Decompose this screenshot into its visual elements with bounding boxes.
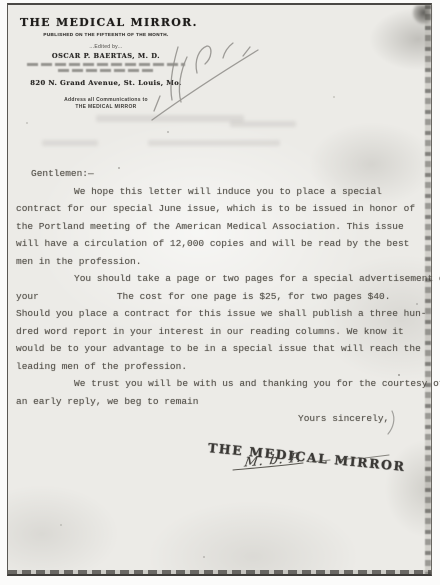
letter-line: the Portland meeting of the American Med… xyxy=(16,218,430,236)
letterhead-title: THE MEDICAL MIRROR. xyxy=(20,16,192,29)
letterhead-fine-print-line1 xyxy=(27,63,185,67)
letter-line: leading men of the profession. xyxy=(16,358,430,376)
letter-line: You should take a page or two pages for … xyxy=(16,270,430,288)
salutation: Gentlemen:— xyxy=(16,165,430,183)
scanned-letter-page: THE MEDICAL MIRROR. PUBLISHED ON THE FIF… xyxy=(7,3,432,576)
letter-line: would be to your advantage to be in a sp… xyxy=(16,340,430,358)
faded-text-smudge xyxy=(230,121,296,127)
medical-mirror-stamp: THE MEDICAL MIRROR xyxy=(207,440,406,474)
letter-line: Should you place a contract for this iss… xyxy=(16,305,430,323)
scanned-letter-screenshot: { "colors": { "page_bg": "#ecebe7", "typ… xyxy=(0,0,440,585)
letter-body: Gentlemen:— We hope this letter will ind… xyxy=(16,165,430,428)
closing: Yours sincerely, xyxy=(16,410,430,428)
letter-line: men in the profession. xyxy=(16,253,430,271)
letterhead-edited-by: ...Edited by... xyxy=(20,44,192,50)
letter-word-your: your xyxy=(16,291,39,302)
communications-line1: Address all Communications to xyxy=(20,97,192,104)
communications-line2: THE MEDICAL MIRROR xyxy=(20,104,192,111)
faded-text-smudge xyxy=(96,115,244,122)
scan-noise-specks xyxy=(0,0,2,2)
letterhead-subtitle: PUBLISHED ON THE FIFTEENTH OF THE MONTH. xyxy=(20,32,192,37)
letter-line: We trust you will be with us and thankin… xyxy=(16,375,430,393)
letter-line: dred word report in your interest in our… xyxy=(16,323,430,341)
page-bottom-edge xyxy=(8,570,431,574)
faded-text-smudge xyxy=(148,140,280,146)
letter-line-with-blank: yourThe cost for one page is $25, for tw… xyxy=(16,288,430,306)
faded-text-smudge xyxy=(42,140,98,146)
letterhead-editor-name: OSCAR P. BAERTAS, M. D. xyxy=(20,52,192,60)
letter-cost-sentence: The cost for one page is $25, for two pa… xyxy=(117,291,391,302)
letter-line: contract for our special June issue, whi… xyxy=(16,200,430,218)
letterhead-fine-print-line2 xyxy=(58,69,154,72)
letter-line: We hope this letter will induce you to p… xyxy=(16,183,430,201)
letterhead-address: 820 N. Grand Avenue, St. Louis, Mo. xyxy=(20,79,192,87)
letter-line: an early reply, we beg to remain xyxy=(16,393,430,411)
letter-line: will have a circulation of 12,000 copies… xyxy=(16,235,430,253)
letterhead: THE MEDICAL MIRROR. PUBLISHED ON THE FIF… xyxy=(20,16,192,111)
page-torn-right-edge xyxy=(425,5,431,574)
letterhead-communications-note: Address all Communications to THE MEDICA… xyxy=(20,97,192,111)
